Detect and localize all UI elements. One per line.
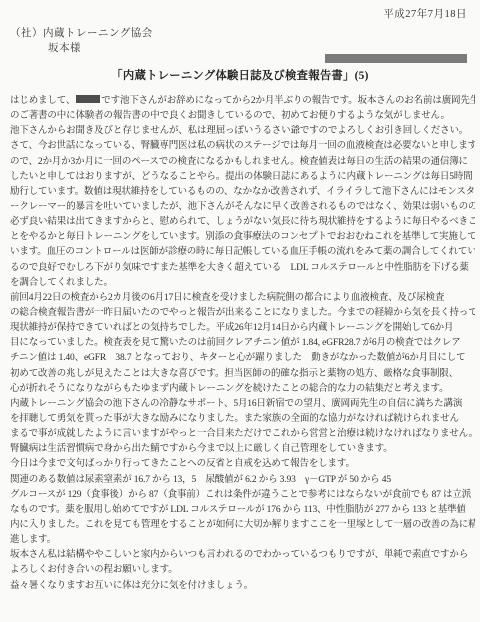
redacted-strip (325, 54, 467, 63)
letter-page: 平成27年7月18日 （社）内蔵トレーニング協会 坂本様 「内蔵トレーニング体験… (0, 0, 480, 622)
body-line: 初めて改善の兆しが見えたことは大きな喜びです。担当医師の的確な指示と薬物の処方、… (10, 367, 475, 382)
body-line: チニン値は 1.40、eGFR 38.7 となっており、キターと心が躍りました … (10, 351, 475, 366)
body-line: を拝聴して勇気を貰った事が大きな励みになりました。また家族の全面的な協力がなけれ… (10, 412, 475, 427)
body-line: 必ず良い結果は出てきますからと、慰められて、しょうがない気長に待ち現状維持をする… (10, 215, 475, 230)
body-line: 池下さんからお聞き及びと存じませんが、私は理屈っぽいうるさい爺ですのでよろしくお… (10, 124, 475, 139)
body-line: 腎臓病は生活習慣病で身から出た鯖ですから今まで以上に厳しく自己管理をしていきます… (10, 442, 475, 457)
body-line: 内に入りました。これを見ても管理をすることが如何に大切か解りますここを一里塚とし… (10, 518, 475, 533)
body-line: 前回4月22日の検査から2カ月後の6月17日に検査を受けました病院側の都合により… (10, 291, 475, 306)
body-line: ので、2か月か3か月に一回のペースでの検査になるかもしれません。検査値表は毎日の… (10, 155, 475, 170)
body-line: ークレーマー的暴言を吐いていましたが、池下さんがそんなに早く改善されるものではな… (10, 200, 475, 215)
body-line: よろしくお付き合いの程お願いします。 (10, 563, 475, 578)
body-line: の総合検査報告書が一昨日届いたのでやっと報告が出来ることになりました。今までの経… (10, 306, 475, 321)
letter-body: はじめまして、です池下さんがお辞めになってから2か月半ぶりの報告です。坂本さんの… (10, 94, 475, 594)
body-line: 益々暑くなりますお互いに体は充分に気を付けましょう。 (10, 579, 475, 594)
body-line: したいと申してはおりますが、どうなることやら。提出の体験日誌にあるように内蔵トレ… (10, 170, 475, 185)
recipient-name: 坂本様 (48, 40, 81, 55)
body-line: 進します。 (10, 533, 475, 548)
body-line: とをやるかと毎日トレーニングをしています。別添の食事療法のコンセプトでおおむねこ… (10, 230, 475, 245)
body-line: 内蔵トレーニング協会の池下さんの冷静なサポート、5月16日新宿での望月、廣岡両先… (10, 397, 475, 412)
body-line: 現状維持が保持できていればとの気持ちでした。平成26年12月14日から内蔵トレー… (10, 321, 475, 336)
document-title: 「内蔵トレーニング体験日誌及び検査報告書」(5) (0, 67, 480, 83)
body-line: 心が折れそうになりながらもたゆまず内蔵トレーニングを続けたことの総合的な力の結集… (10, 382, 475, 397)
body-line: さて、今お世話になっている、腎臓専門医は私の病状のステージでは毎月一回の血液検査… (10, 139, 475, 154)
body-line: 目になっていました。検査表を見て驚いたのは前回クレアチニン値が 1.84, eG… (10, 336, 475, 351)
sender-organization: （社）内蔵トレーニング協会 (10, 25, 153, 40)
body-line: るので良好でむしろ下がり気味ですまた基準を大きく超えている LDL コルステロー… (10, 261, 475, 276)
body-line: まるで事が成就したように言いますがやっと一合目来ただけでこれから営営と治療は続け… (10, 427, 475, 442)
body-line: います。血圧のコントロールは医師が診療の時に毎日記帳している血圧手帳の流れをみて… (10, 245, 475, 260)
document-date: 平成27年7月18日 (383, 6, 467, 21)
body-line: 坂本さん私は結構ややこしいと家内からいつも言われるのでわかっているつもりですが、… (10, 548, 475, 563)
body-line: グルコースが 129（食事後）から 87（食事前）これは条件が違うことで参考には… (10, 488, 475, 503)
body-line: のご著書の中に体験者の報告書の中で良くお聞きしているので、初めてお便りするような… (10, 109, 475, 124)
body-line-1-prefix: はじめまして、 (10, 96, 75, 106)
body-line: 励行しています。数値は現状維持をしているものの、なかなか改善されず、イライラして… (10, 185, 475, 200)
body-line: なものです。薬を服用し始めてですが LDL コルステロールが 176 から 11… (10, 503, 475, 518)
body-line: 今日は今まで文句ばっかり行ってきたことへの反省と自戒を込めて報告をします。 (10, 457, 475, 472)
body-line: はじめまして、です池下さんがお辞めになってから2か月半ぶりの報告です。坂本さんの… (10, 94, 475, 109)
body-line: を調合してくれました。 (10, 276, 475, 291)
redacted-name-box (76, 95, 100, 103)
body-line-1-suffix: です池下さんがお辞めになってから2か月半ぶりの報告です。坂本さんのお名前は廣岡先… (101, 96, 475, 106)
body-line: 関連のある数値は尿素窒素が 16.7 から 13，5 尿酸値が 6.2 から 3… (10, 473, 475, 488)
